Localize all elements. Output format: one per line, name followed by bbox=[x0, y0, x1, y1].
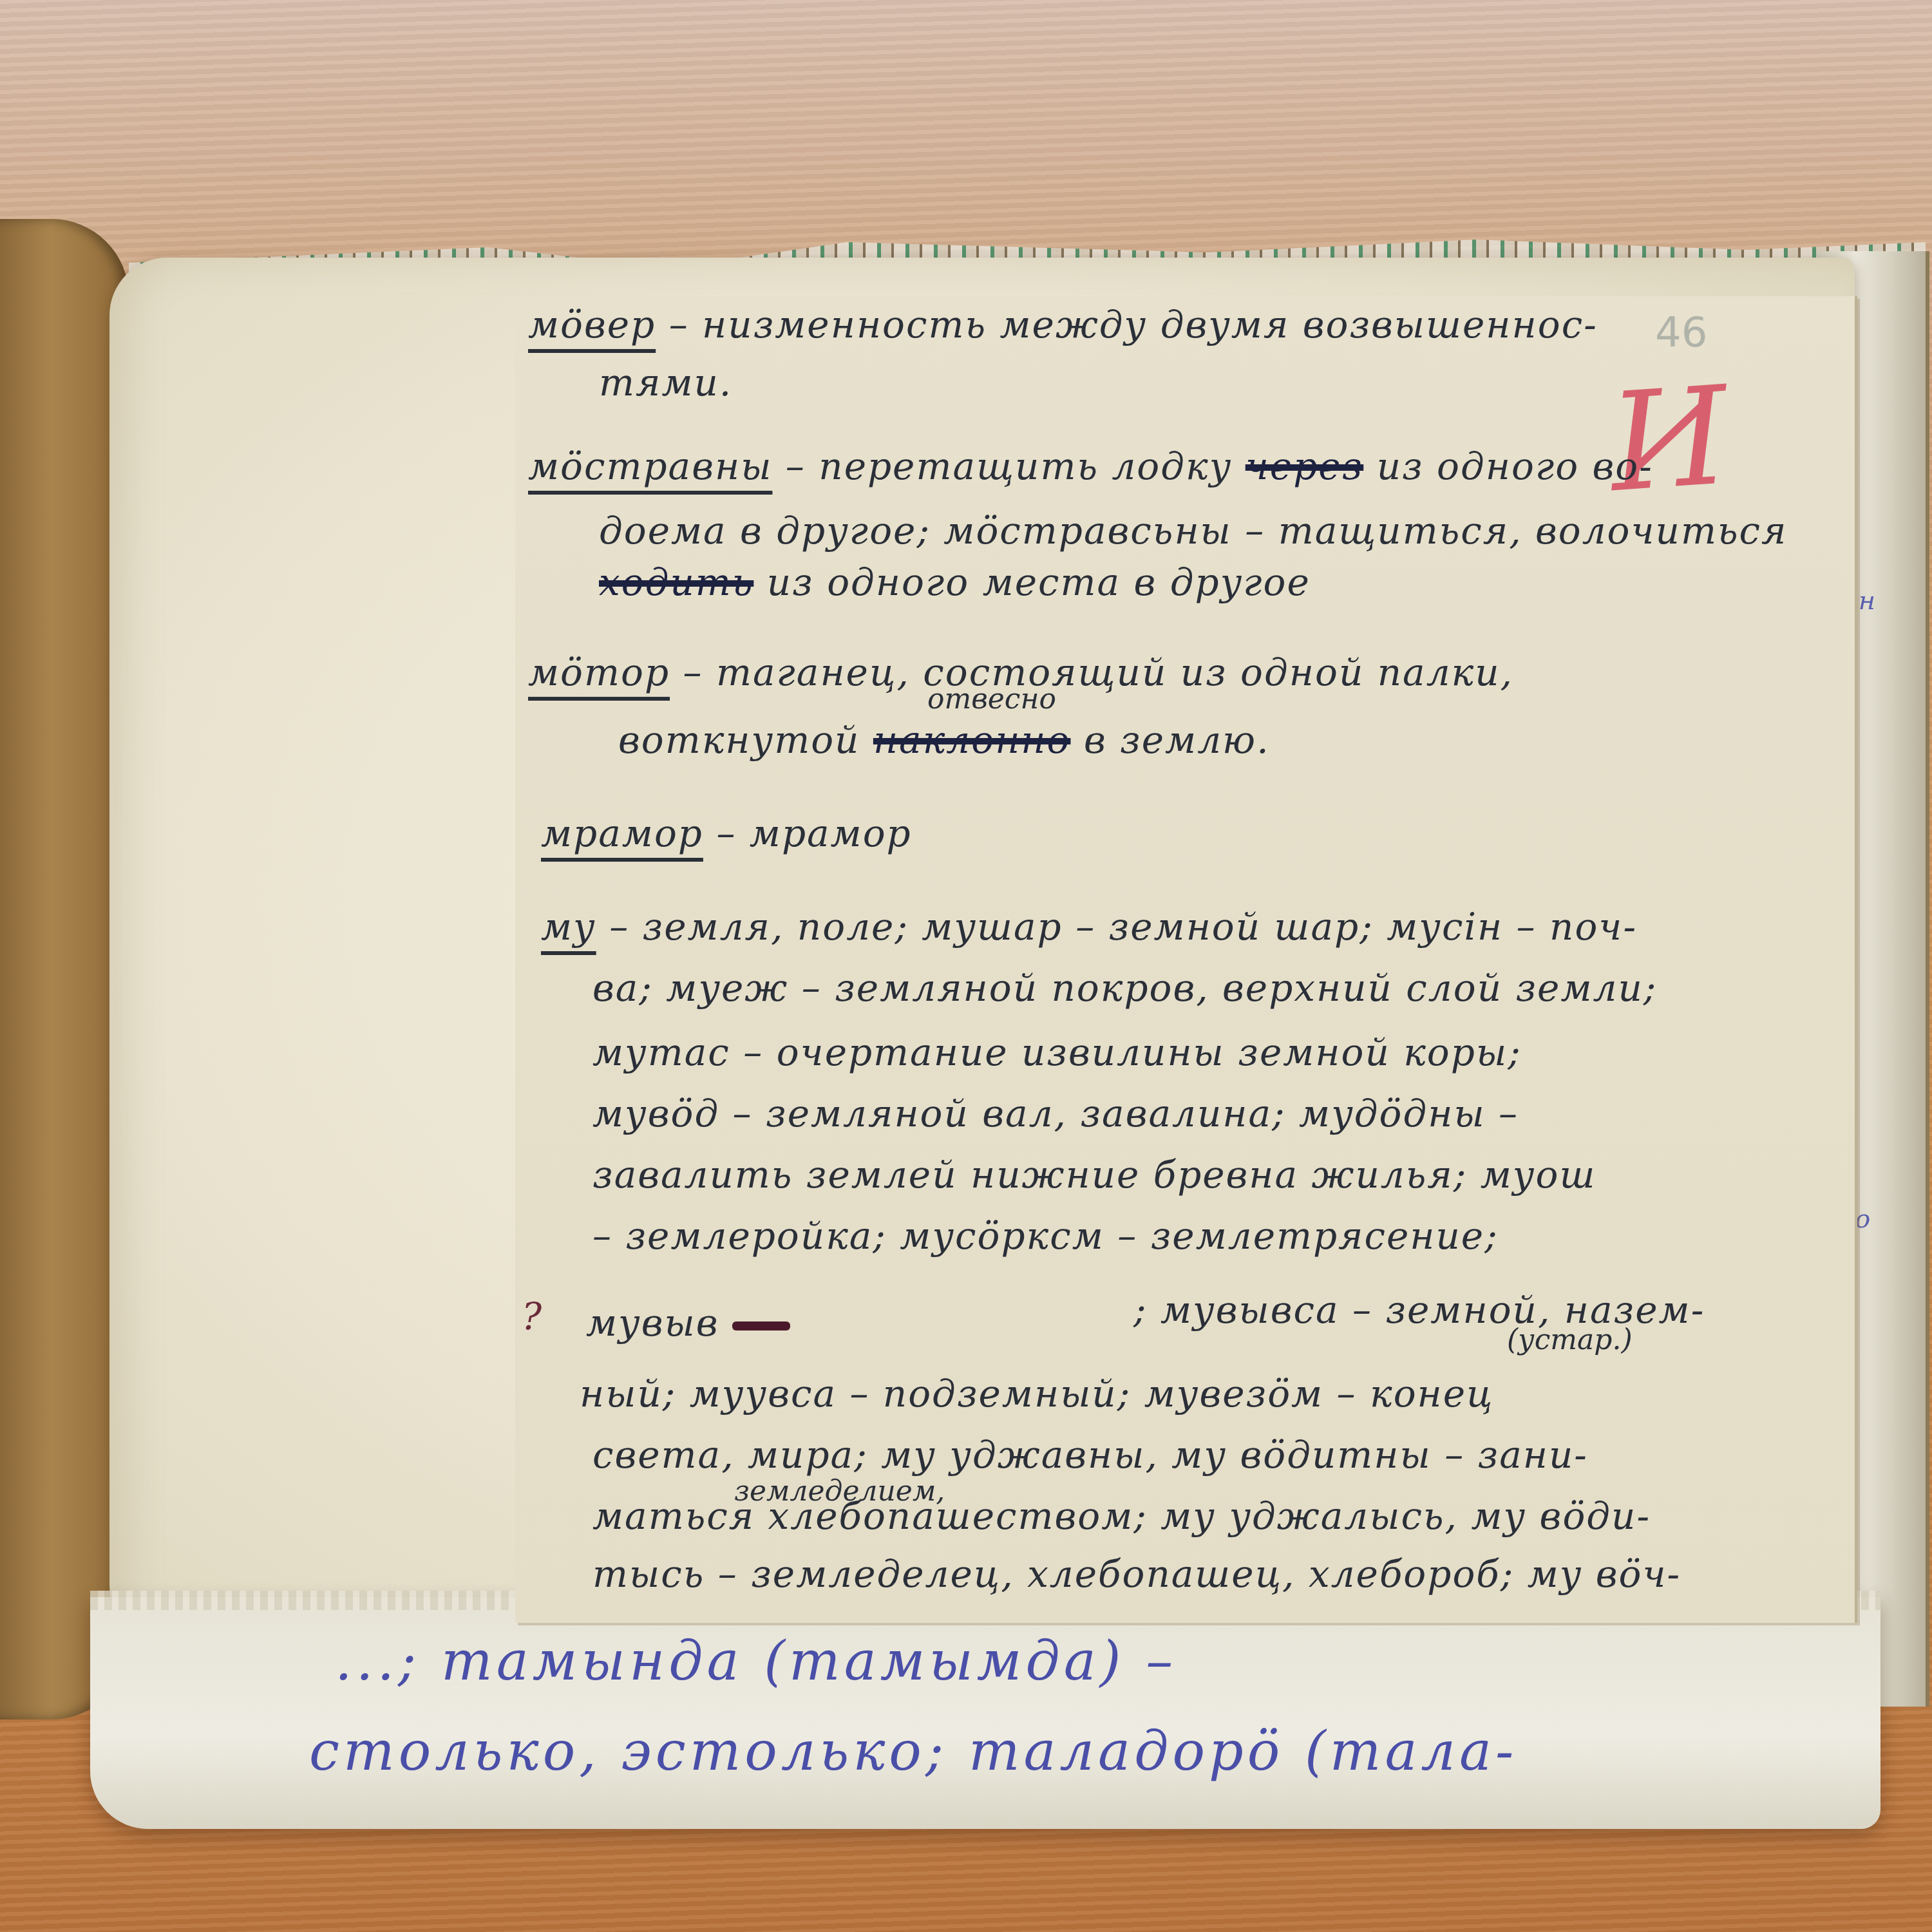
definition: – таганец, состоящий из одной палки, bbox=[683, 650, 1514, 694]
entry-muvyv: мувыв bbox=[586, 1301, 790, 1345]
underlying-page: ...; тамында (тамымда) – столько, эстоль… bbox=[90, 1597, 1880, 1829]
entry-muvyv-line3: света, мира; му уджавны, му вӧдитны – за… bbox=[592, 1433, 1588, 1477]
headword: мӧтор bbox=[528, 650, 670, 694]
struck-word: ходить bbox=[599, 560, 753, 604]
entry-mostravny-line2: доема в другое; мӧстравсьны – тащиться, … bbox=[599, 509, 1787, 553]
ink-dash bbox=[732, 1321, 790, 1331]
entry-muvyv-line4: маться хлебопашеством; му уджалысь, му в… bbox=[592, 1494, 1651, 1538]
definition-cont: в землю. bbox=[1084, 718, 1270, 762]
entry-mu-line6: – землеройка; мусӧрксм – землетрясение; bbox=[592, 1214, 1499, 1258]
headword: мӧвер bbox=[528, 303, 656, 346]
entry-mostravny: мӧстравны – перетащить лодку через из од… bbox=[528, 444, 1653, 488]
definition: – мрамор bbox=[716, 811, 911, 855]
inserted-word: отвесно bbox=[927, 683, 1056, 715]
red-pencil-mark: И bbox=[1605, 357, 1734, 522]
question-mark: ? bbox=[522, 1294, 542, 1338]
definition-cont: из одного места в другое bbox=[767, 560, 1311, 604]
definition-cont: из одного во- bbox=[1377, 444, 1653, 488]
entry-mu-line3: мутас – очертание извилины земной коры; bbox=[592, 1030, 1522, 1074]
entry-mu: му – земля, поле; мушар – земной шар; му… bbox=[541, 905, 1637, 949]
entry-mu-line5: завалить землей нижние бревна жилья; муо… bbox=[592, 1153, 1596, 1197]
headword: мрамор bbox=[541, 811, 703, 855]
headword: мӧстравны bbox=[528, 444, 772, 488]
headword: му bbox=[541, 905, 596, 949]
entry-movyer: мӧвер – низменность между двумя возвышен… bbox=[528, 303, 1598, 346]
definition: – перетащить лодку bbox=[786, 444, 1232, 488]
entry-movyer-cont: тями. bbox=[599, 361, 732, 404]
folio-number: 46 bbox=[1655, 309, 1707, 357]
entry-mramor: мрамор – мрамор bbox=[541, 811, 912, 855]
struck-word: наклонно bbox=[873, 718, 1071, 762]
underlying-text-line-1: ...; тамында (тамымда) – bbox=[335, 1629, 1177, 1692]
definition: – низменность между двумя возвышеннос- bbox=[669, 303, 1598, 346]
struck-word: через bbox=[1245, 444, 1364, 488]
entry-mostravny-line3: ходить из одного места в другое bbox=[599, 560, 1311, 604]
inserted-note: (устар.) bbox=[1507, 1323, 1633, 1356]
entry-motor-line2: воткнутой наклонно в землю. bbox=[618, 718, 1270, 762]
entry-muvyv-line2: ный; муувса – подземный; мувезӧм – конец bbox=[580, 1372, 1494, 1416]
entry-muvyv-line5: тысь – земледелец, хлебопашец, хлебороб;… bbox=[592, 1552, 1681, 1596]
underlying-text-line-2: столько, эстолько; таладорӧ (тала- bbox=[309, 1719, 1518, 1783]
entry-mu-line2: ва; муеж – земляной покров, верхний слой… bbox=[592, 966, 1657, 1010]
headword: мувыв bbox=[586, 1301, 719, 1345]
definition: – земля, поле; мушар – земной шар; мусін… bbox=[609, 905, 1637, 949]
entry-mu-line4: мувӧд – земляной вал, завалина; мудӧдны … bbox=[592, 1092, 1519, 1135]
definition-cont: воткнутой bbox=[618, 718, 860, 762]
